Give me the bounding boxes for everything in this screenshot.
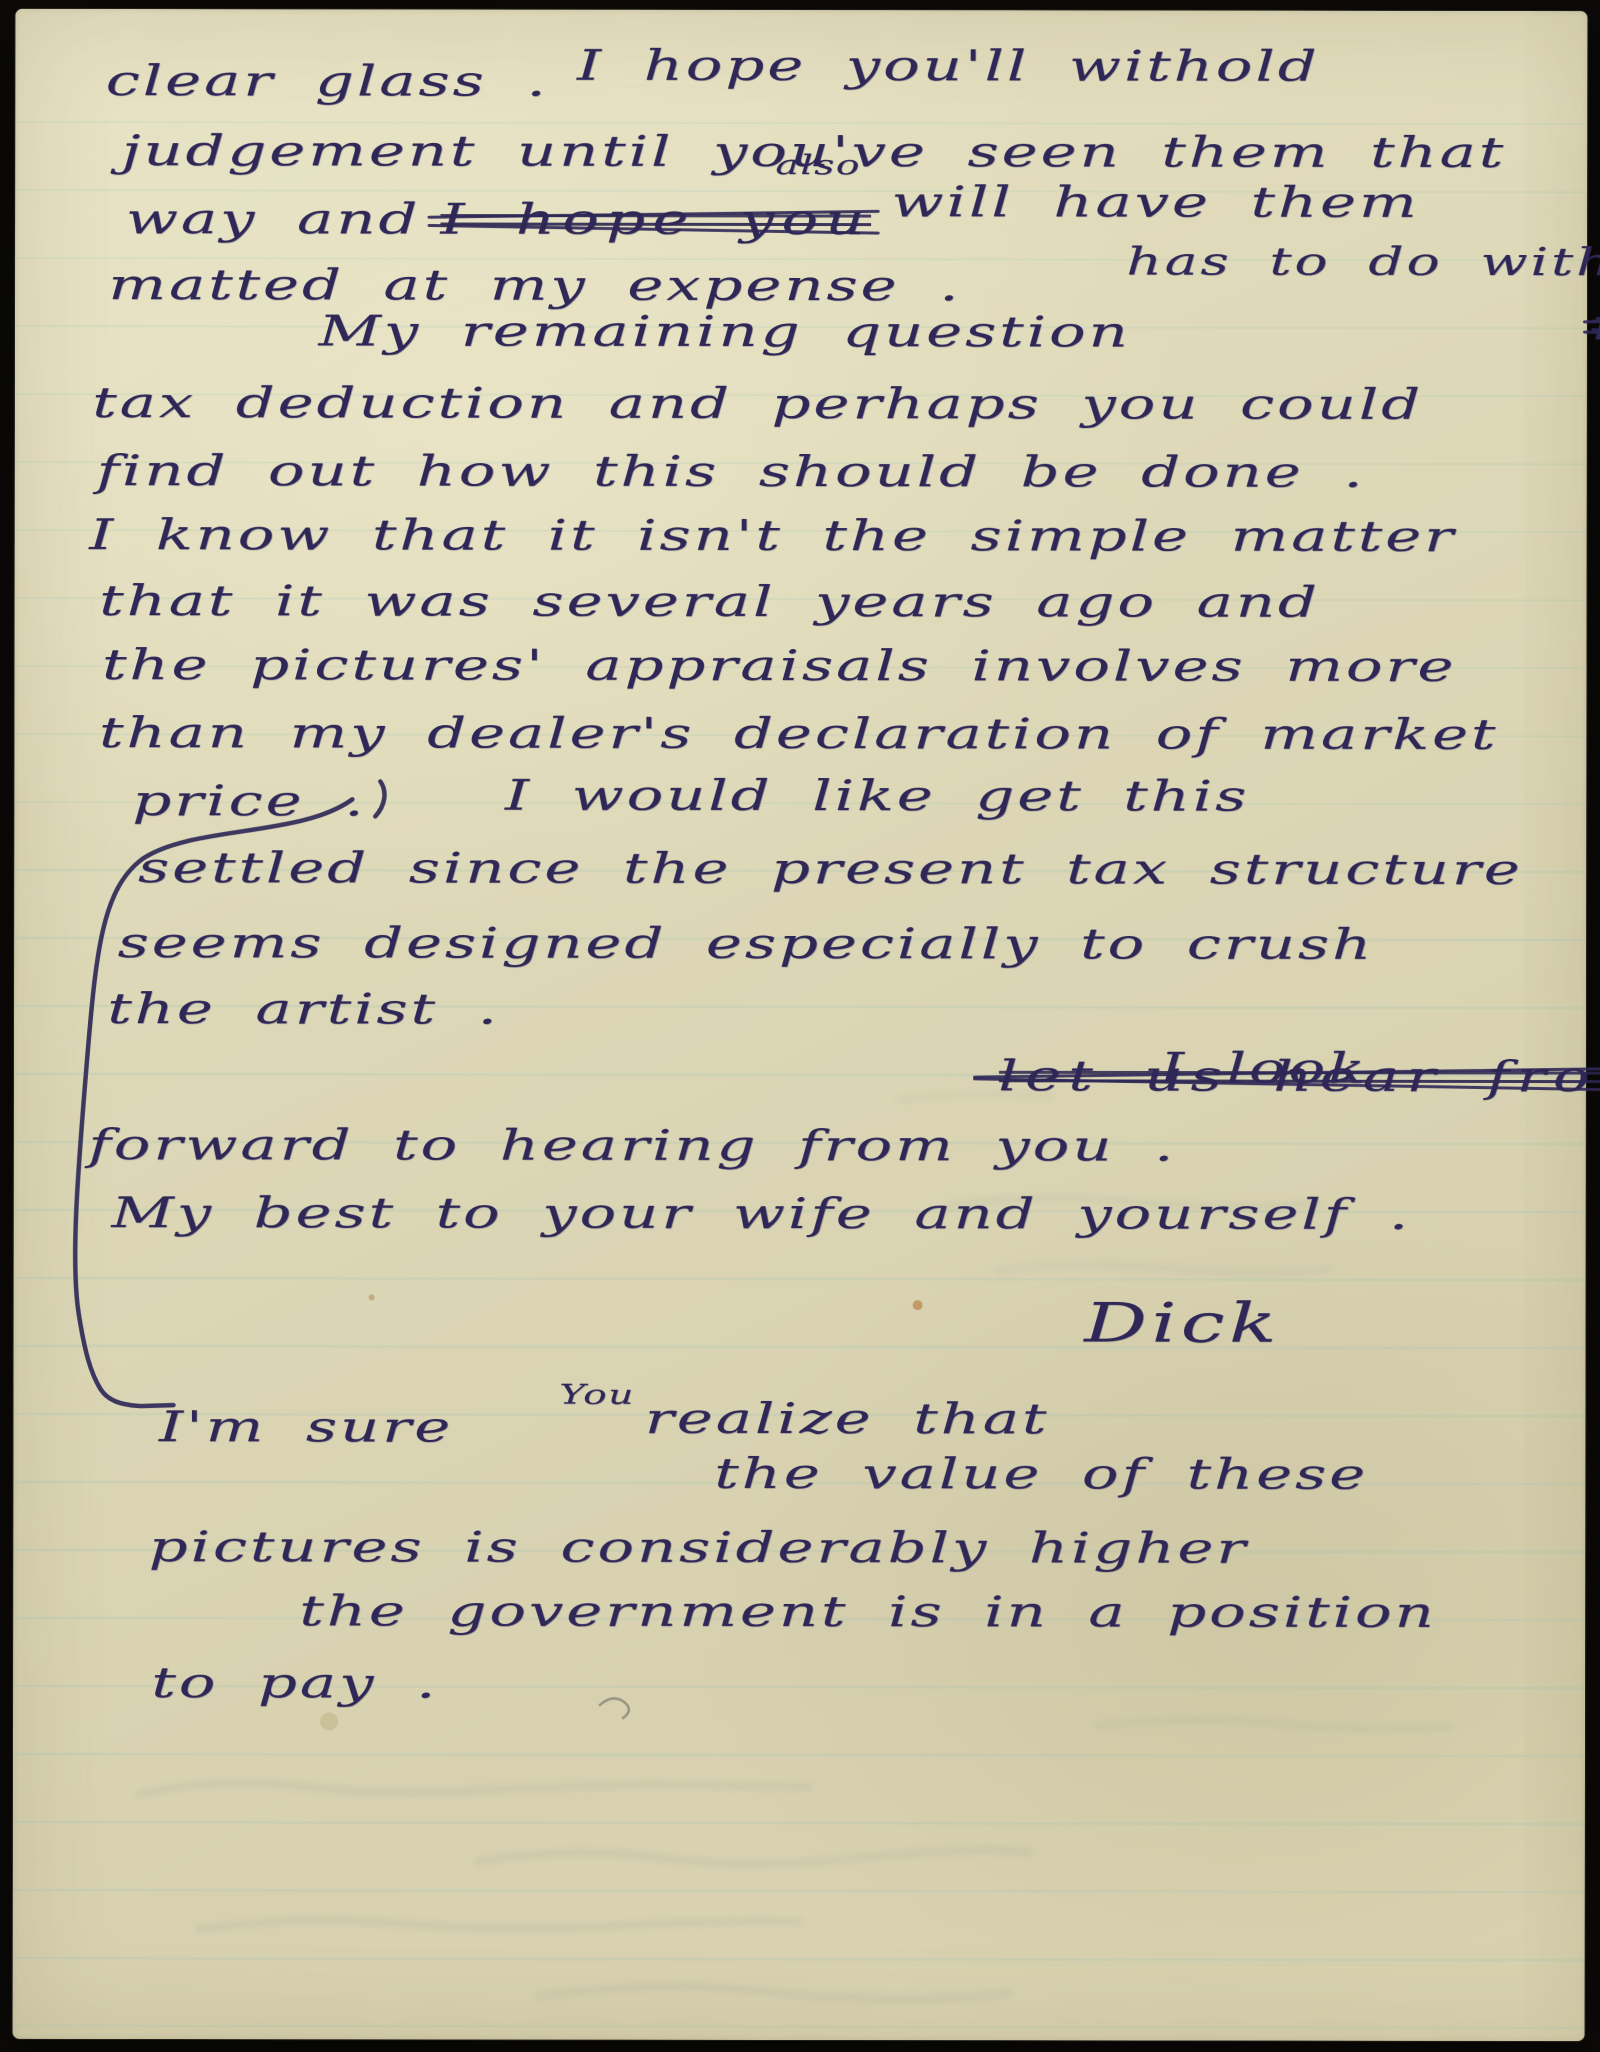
handwriting-line: settled since the present tax structure — [138, 844, 1523, 894]
handwriting-line: I hope you'll withold — [577, 42, 1320, 91]
handwriting-line: forward to hearing from you . — [88, 1121, 1176, 1171]
handwriting-line: the pictures' appraisals involves more — [102, 641, 1456, 691]
handwriting-line: find out how this should be done . — [96, 447, 1365, 497]
struck-text: involves — [1592, 300, 1600, 349]
handwriting-line: way and — [126, 195, 420, 244]
inserted-text: has to do with — [1126, 240, 1600, 284]
handwriting-line: matted at my expense . — [108, 261, 961, 310]
handwriting-line: My remaining question — [318, 307, 1130, 356]
handwriting-line: I would like get this — [505, 772, 1249, 821]
handwriting-line: pictures is considerably higher — [149, 1523, 1249, 1573]
scan-background: { "letter": { "ink_color": "#2e2757", "p… — [0, 0, 1600, 2052]
handwriting-layer: clear glass .I hope you'll witholdjudgem… — [0, 0, 1600, 2052]
handwriting-line: the government is in a position — [299, 1587, 1436, 1637]
handwriting-line: to pay . — [151, 1659, 438, 1708]
handwriting-line: will have them — [891, 178, 1419, 227]
handwriting-line: I look — [1160, 1045, 1368, 1094]
struck-text: I hope you — [440, 194, 871, 244]
handwriting-line: that it was several years ago and — [99, 577, 1320, 627]
handwriting-line: clear glass . — [106, 57, 549, 106]
handwriting-line: tax deduction and perhaps you could — [92, 379, 1423, 429]
handwriting-line: seems designed especially to crush — [118, 919, 1375, 969]
inserted-text: also — [775, 150, 860, 181]
handwriting-line: the artist . — [107, 985, 500, 1034]
scanned-letter-scene: clear glass .I hope you'll witholdjudgem… — [0, 0, 1600, 2052]
handwriting-line: I'm sure — [159, 1403, 453, 1452]
handwriting-line: My best to your wife and yourself . — [111, 1189, 1411, 1239]
handwriting-line: I know that it isn't the simple matter — [89, 511, 1456, 561]
signature-text: Dick — [1084, 1292, 1281, 1354]
handwriting-line: price . — [132, 777, 366, 826]
handwriting-line: than my dealer's declaration of market — [99, 709, 1498, 759]
inserted-text: You — [559, 1380, 635, 1411]
handwriting-line: the value of these — [714, 1450, 1368, 1499]
handwriting-line: realize that — [645, 1395, 1050, 1444]
